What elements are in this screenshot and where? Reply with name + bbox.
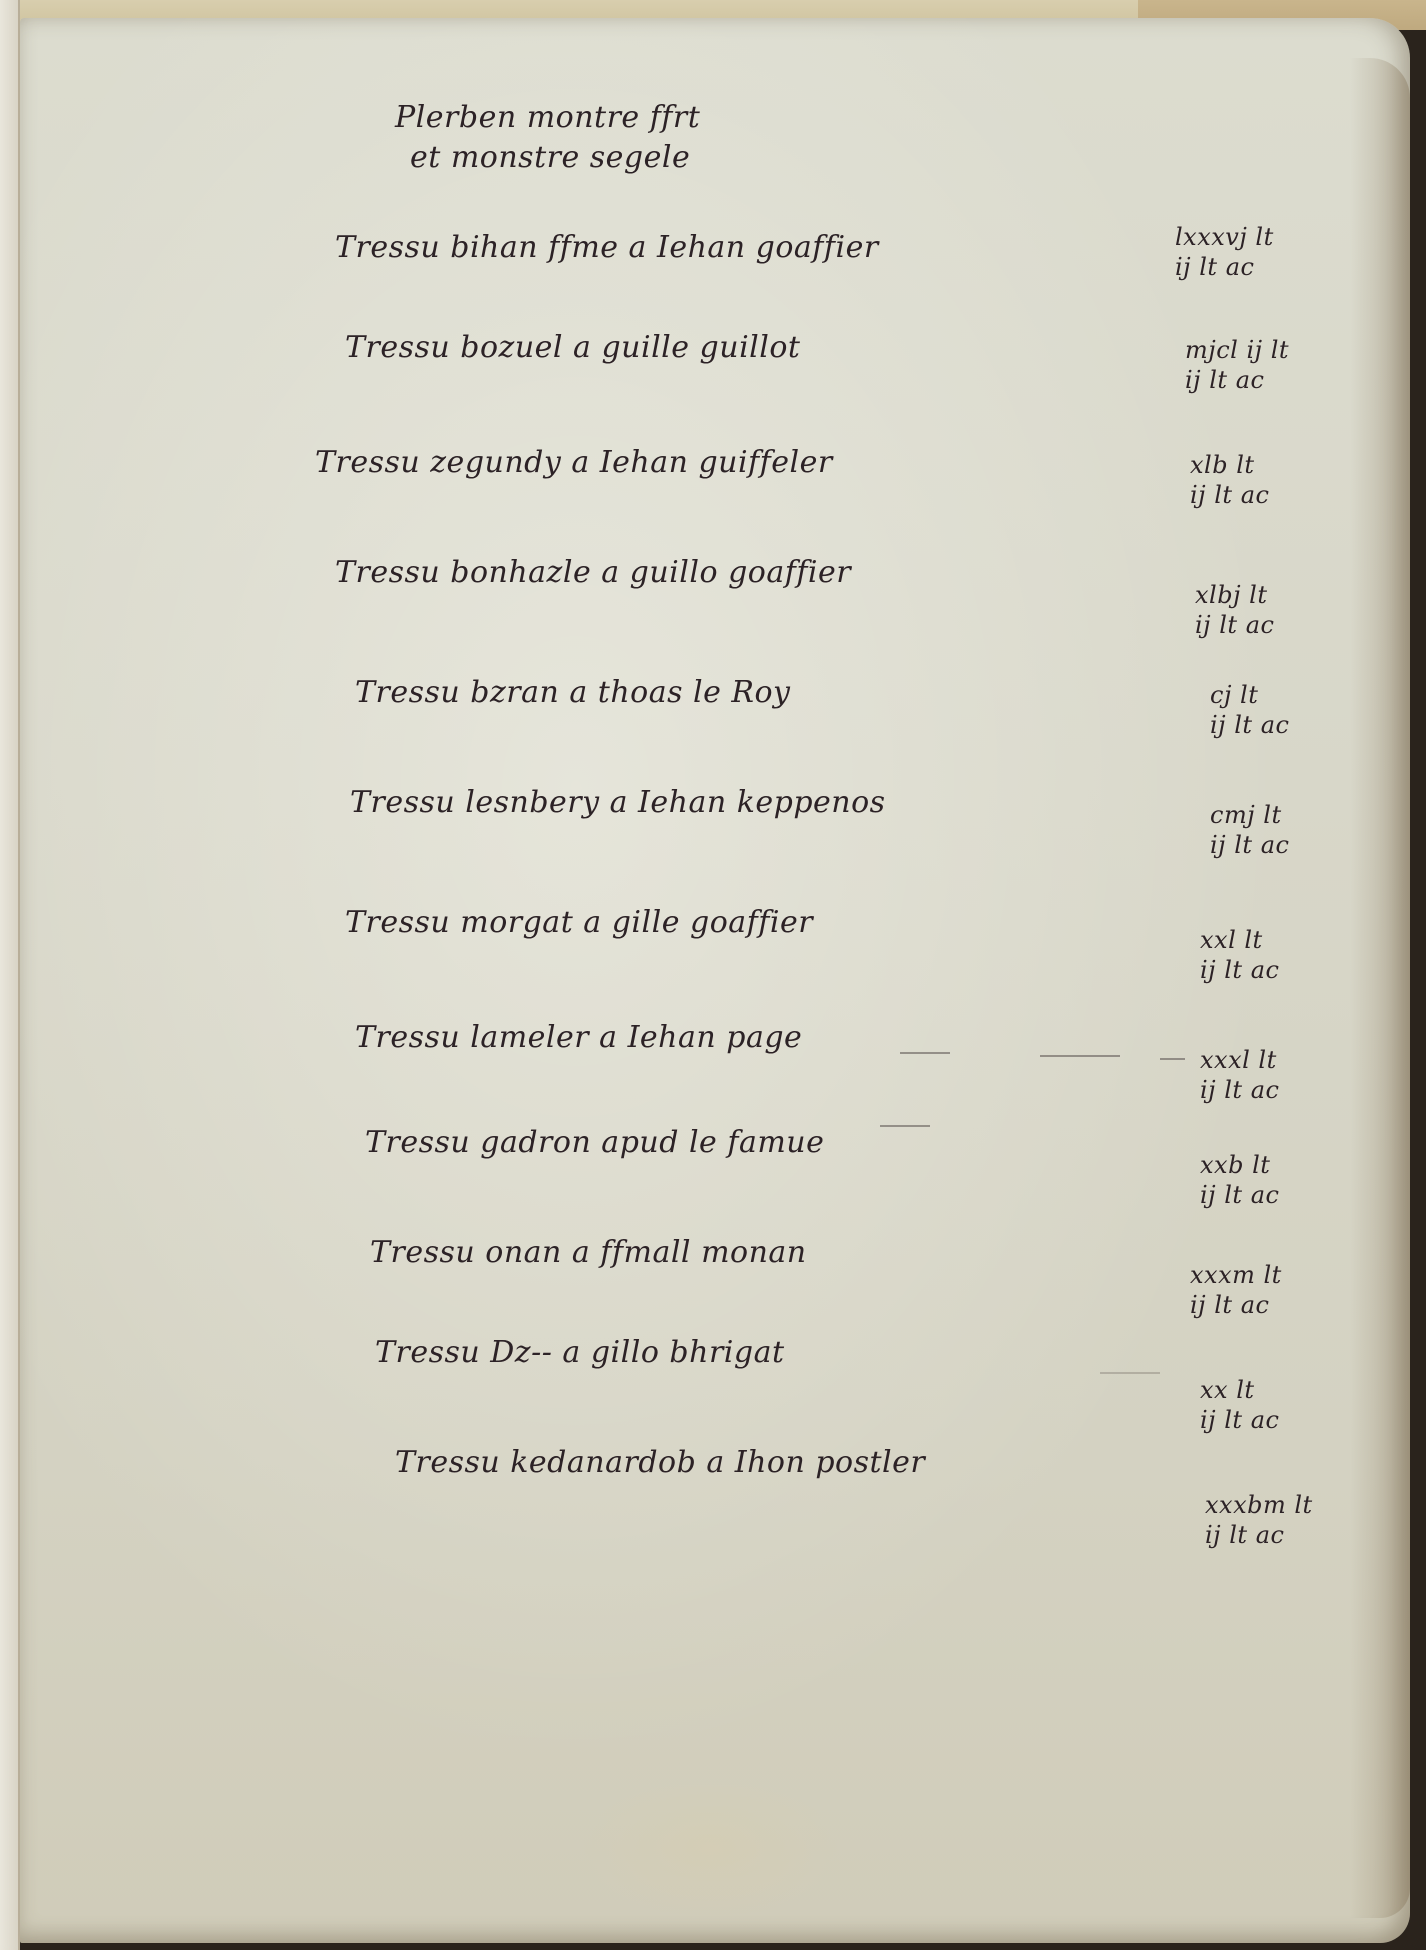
amount-value: xxxl lt [1200,1045,1279,1075]
entry-text: Tressu bozuel a guille guillot [345,330,800,365]
amount-value: xxb lt [1200,1150,1279,1180]
leader-line [1100,1372,1160,1374]
amount-subvalue: ij lt ac [1195,610,1274,640]
entry-amount: cj lt ij lt ac [1210,680,1289,740]
entry-text: Tressu zegundy a Iehan guiffeler [315,445,833,480]
entry-amount: cmj lt ij lt ac [1210,800,1289,860]
amount-subvalue: ij lt ac [1200,1405,1279,1435]
entry-amount: mjcl ij lt ij lt ac [1185,335,1289,395]
paper-stain [580,1778,840,1918]
leader-line [1160,1058,1185,1060]
entry-text: Tressu bihan ffme a Iehan goaffier [335,230,879,265]
amount-value: xxxm lt [1190,1260,1282,1290]
amount-value: xxxbm lt [1205,1490,1313,1520]
entry-text: Tressu gadron apud le famue [365,1125,824,1160]
amount-subvalue: ij lt ac [1175,252,1274,282]
amount-subvalue: ij lt ac [1200,1075,1279,1105]
binding-strip [0,0,20,1950]
entry-text: Tressu Dz-- a gillo bhrigat [375,1335,785,1370]
entry-text: Tressu lameler a Iehan page [355,1020,802,1055]
entry-amount: xlbj lt ij lt ac [1195,580,1274,640]
entry-text: Tressu morgat a gille goaffier [345,905,813,940]
entry-amount: xxb lt ij lt ac [1200,1150,1279,1210]
entry-text: Tressu kedanardob a Ihon postler [395,1445,925,1480]
page-heading-line1: Plerben montre ffrt [395,100,700,135]
leader-line [880,1125,930,1127]
amount-value: lxxxvj lt [1175,222,1274,252]
amount-value: xxl lt [1200,925,1279,955]
amount-value: xlb lt [1190,450,1269,480]
amount-subvalue: ij lt ac [1190,480,1269,510]
amount-subvalue: ij lt ac [1200,955,1279,985]
amount-subvalue: ij lt ac [1210,830,1289,860]
amount-subvalue: ij lt ac [1185,365,1289,395]
entry-amount: xxxbm lt ij lt ac [1205,1490,1313,1550]
entry-amount: xxxl lt ij lt ac [1200,1045,1279,1105]
amount-subvalue: ij lt ac [1190,1290,1282,1320]
entry-text: Tressu bzran a thoas le Roy [355,675,791,710]
entry-text: Tressu bonhazle a guillo goaffier [335,555,851,590]
amount-value: mjcl ij lt [1185,335,1289,365]
leader-line [900,1052,950,1054]
amount-value: cmj lt [1210,800,1289,830]
amount-value: xlbj lt [1195,580,1274,610]
page-heading-line2: et monstre segele [410,140,690,175]
amount-subvalue: ij lt ac [1200,1180,1279,1210]
entry-text: Tressu onan a ffmall monan [370,1235,807,1270]
amount-subvalue: ij lt ac [1205,1520,1313,1550]
leader-line [1040,1055,1120,1057]
entry-text: Tressu lesnbery a Iehan keppenos [350,785,886,820]
entry-amount: xxxm lt ij lt ac [1190,1260,1282,1320]
damaged-right-edge [1350,58,1410,1918]
entry-amount: xx lt ij lt ac [1200,1375,1279,1435]
amount-value: cj lt [1210,680,1289,710]
amount-subvalue: ij lt ac [1210,710,1289,740]
entry-amount: lxxxvj lt ij lt ac [1175,222,1274,282]
entry-amount: xxl lt ij lt ac [1200,925,1279,985]
entry-amount: xlb lt ij lt ac [1190,450,1269,510]
amount-value: xx lt [1200,1375,1279,1405]
